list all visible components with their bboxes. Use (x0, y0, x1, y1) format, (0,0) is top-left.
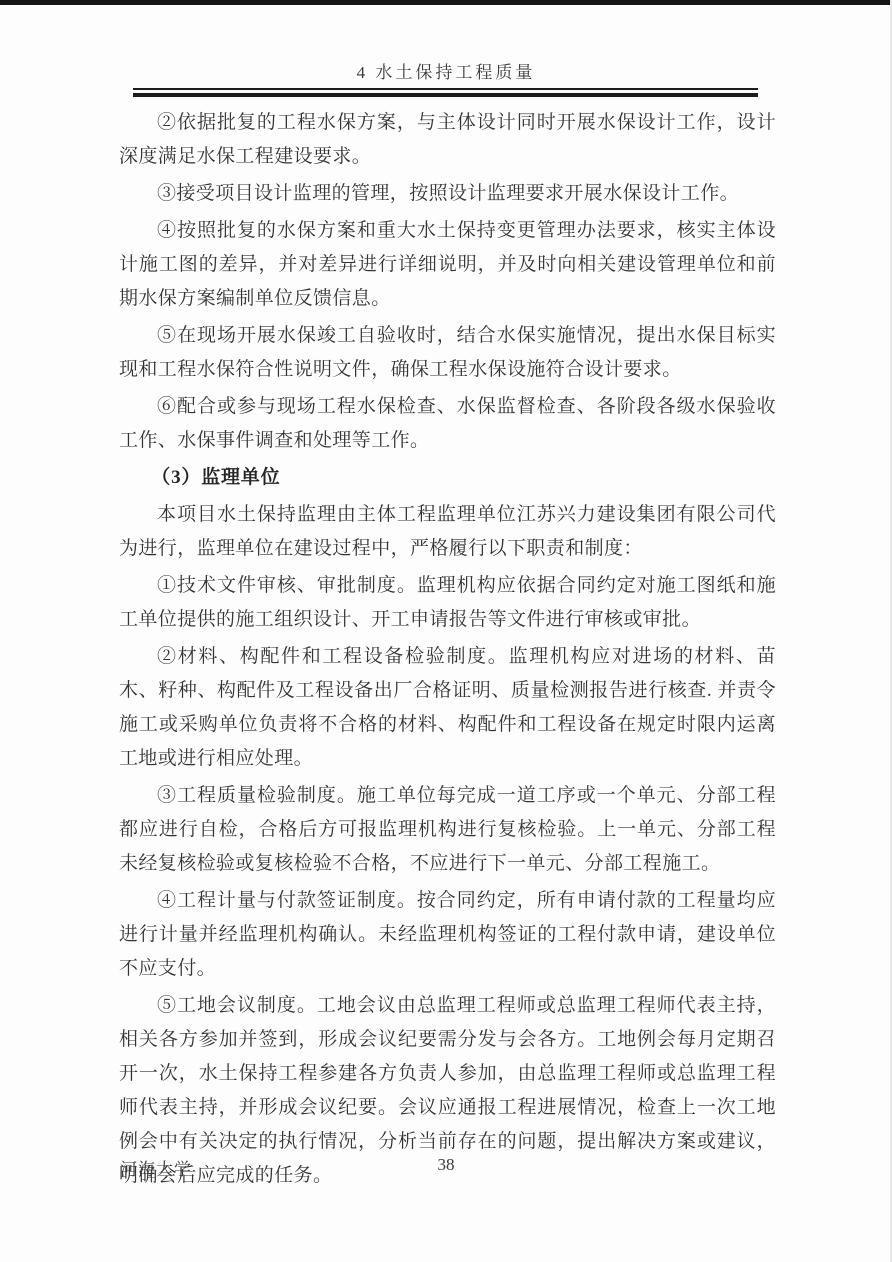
paragraph-item-2: ②依据批复的工程水保方案，与主体设计同时开展水保设计工作，设计深度满足水保工程建… (119, 106, 776, 174)
paragraph-item-6: ⑥配合或参与现场工程水保检查、水保监督检查、各阶段各级水保验收工作、水保事件调查… (119, 390, 776, 458)
footer-page-number: 38 (0, 1155, 892, 1175)
paragraph-system-4: ④工程计量与付款签证制度。按合同约定，所有申请付款的工程量均应进行计量并经监理机… (119, 884, 776, 986)
header-double-rule (133, 88, 758, 97)
page-footer: 河海大学 38 (0, 1155, 892, 1181)
paragraph-item-4: ④按照批复的水保方案和重大水土保持变更管理办法要求，核实主体设计施工图的差异，并… (119, 214, 776, 316)
page-header-title: 4 水土保持工程质量 (0, 58, 892, 83)
paragraph-system-3: ③工程质量检验制度。施工单位每完成一道工序或一个单元、分部工程都应进行自检，合格… (119, 779, 776, 881)
paragraph-system-1: ①技术文件审核、审批制度。监理机构应依据合同约定对施工图纸和施工单位提供的施工组… (119, 569, 776, 637)
section-heading-supervision-unit: （3）监理单位 (119, 461, 776, 495)
paragraph-item-3: ③接受项目设计监理的管理，按照设计监理要求开展水保设计工作。 (119, 177, 776, 211)
paragraph-supervision-intro: 本项目水土保持监理由主体工程监理单位江苏兴力建设集团有限公司代为进行，监理单位在… (119, 498, 776, 566)
scan-top-edge-artifact (0, 0, 892, 5)
document-body: ②依据批复的工程水保方案，与主体设计同时开展水保设计工作，设计深度满足水保工程建… (119, 106, 776, 1196)
paragraph-item-5: ⑤在现场开展水保竣工自验收时，结合水保实施情况，提出水保目标实现和工程水保符合性… (119, 319, 776, 387)
paragraph-system-2: ②材料、构配件和工程设备检验制度。监理机构应对进场的材料、苗木、籽种、构配件及工… (119, 640, 776, 776)
document-page: 4 水土保持工程质量 ②依据批复的工程水保方案，与主体设计同时开展水保设计工作，… (0, 0, 892, 1262)
